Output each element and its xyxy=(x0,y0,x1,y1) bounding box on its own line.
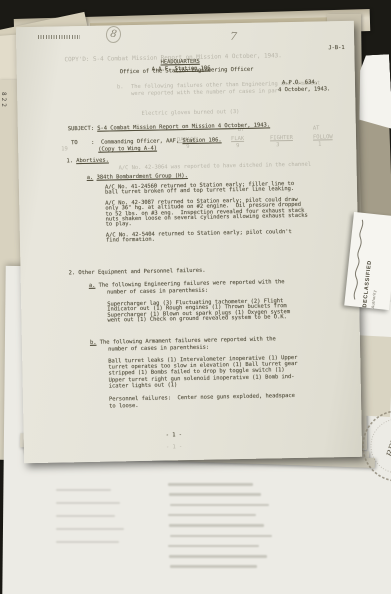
typed-line: 1. Abortives. xyxy=(66,159,109,165)
bleed-through-line xyxy=(170,504,269,507)
ghost-typed-line: 9 xyxy=(236,144,239,149)
header-office: Office of the Station Engineering Office… xyxy=(120,68,254,76)
ghost-typed-line: - 1 - xyxy=(166,445,182,451)
typed-line: to loose. xyxy=(109,404,138,410)
bleed-through-line xyxy=(169,555,267,558)
ghost-typed-line: 3 xyxy=(276,143,279,148)
ghost-typed-line: 9 xyxy=(186,145,189,150)
typed-line: Personnel failures: Center nose guns exp… xyxy=(109,394,295,403)
ghost-typed-line: 1 xyxy=(318,142,321,147)
photographed-document-scene: { "palette":{"background":"#1b1a15","pap… xyxy=(0,0,391,594)
header-date: 4 October, 1943. xyxy=(278,87,330,93)
typed-line: number of cases in parenthesis: xyxy=(108,345,209,352)
reference-code: J-B-1 xyxy=(328,46,344,52)
edge-page-characters: 822 xyxy=(0,92,7,109)
typed-line: 2. Other Equipment and Personnel failure… xyxy=(69,269,206,277)
typed-line: nuts shaken loose on several cylinders a… xyxy=(106,214,308,223)
header-apo: A.P.O. 634, xyxy=(282,80,318,86)
bleed-through-line xyxy=(170,535,272,538)
ghost-typed-line: AT xyxy=(313,126,320,131)
ghost-typed-line: FOLLOW xyxy=(313,135,333,141)
pencil-number: 7 xyxy=(230,30,238,43)
ghost-typed-line: 19 xyxy=(61,147,68,152)
ghost-typed-line: Electric gloves burned out (3) xyxy=(141,110,239,117)
ghost-typed-line: FIGHTER xyxy=(270,136,293,142)
stamp-initials: RBTL xyxy=(385,431,391,459)
ghost-typed-line: b. xyxy=(117,85,124,90)
typed-line: to play. xyxy=(106,222,132,228)
illegible-small-stamp xyxy=(38,35,80,39)
typed-line: number of cases in parenthesis: xyxy=(107,288,208,295)
bleed-through-line xyxy=(168,545,259,548)
copy-note: (Copy to Wing A-4) xyxy=(85,142,157,154)
typed-line: went out (1) Check on ground revealed sy… xyxy=(107,315,286,324)
ghost-typed-line: were reported with the number of cases i… xyxy=(131,89,281,97)
page-number: - 1 - xyxy=(166,433,182,439)
bleed-through-line xyxy=(170,565,257,568)
bleed-through-line xyxy=(169,524,264,527)
mission-report-page: COPY'D: S-4 Combat Mission Report on Mis… xyxy=(16,21,362,463)
typed-line: icater lights out (1) xyxy=(109,383,178,390)
typed-line: a. 384th Bombardment Group (H). xyxy=(87,174,188,181)
ghost-typed-line: A/C No. 42-3064 was reported to have dit… xyxy=(119,163,311,172)
typed-line: ball turret broken off and top turret fi… xyxy=(105,187,294,196)
round-reference-stamp: RBTL 19 April 24 xyxy=(352,406,391,486)
bleed-through-line xyxy=(168,483,253,486)
bleed-through-line xyxy=(169,493,261,496)
ghost-typed-line: FLAK xyxy=(231,137,244,142)
typed-line: find formation. xyxy=(106,238,155,244)
